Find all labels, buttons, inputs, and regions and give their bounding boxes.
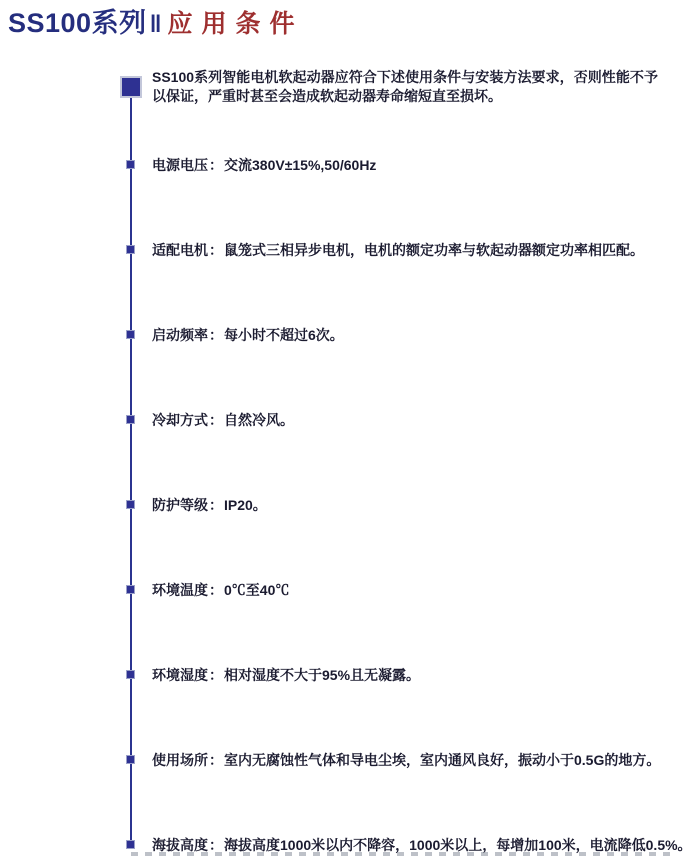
condition-row: 冷却方式：自然冷风。 (152, 410, 294, 430)
page-title: SS100系列 ‖ 应用条件 (8, 1, 304, 40)
condition-value: 室内无腐蚀性气体和导电尘埃，室内通风良好，振动小于0.5G的地方。 (224, 752, 660, 768)
condition-row: 电源电压：交流380V±15%,50/60Hz (152, 155, 376, 175)
condition-row: 使用场所：室内无腐蚀性气体和导电尘埃，室内通风良好，振动小于0.5G的地方。 (152, 750, 660, 770)
condition-colon: ： (208, 752, 224, 768)
condition-label: 使用场所 (152, 752, 208, 768)
square-bullet-icon (126, 840, 135, 849)
condition-colon: ： (208, 497, 224, 513)
title-section: 应用条件 (168, 4, 304, 40)
intro-paragraph: SS100系列智能电机软起动器应符合下述使用条件与安装方法要求，否则性能不予以保… (152, 68, 658, 106)
condition-colon: ： (208, 837, 224, 853)
square-bullet-icon (126, 160, 135, 169)
cutoff-next-line (131, 852, 671, 856)
condition-value: 鼠笼式三相异步电机，电机的额定功率与软起动器额定功率相匹配。 (224, 242, 644, 258)
condition-value: 每小时不超过6次。 (224, 327, 344, 343)
condition-label: 环境温度 (152, 582, 208, 598)
condition-label: 电源电压 (152, 157, 208, 173)
square-bullet-icon (126, 330, 135, 339)
condition-row: 防护等级：IP20。 (152, 495, 267, 515)
condition-value: 自然冷风。 (224, 412, 294, 428)
condition-colon: ： (208, 157, 224, 173)
timeline-line (130, 88, 132, 845)
intro-square-bullet-icon (120, 76, 142, 98)
condition-colon: ： (208, 242, 224, 258)
condition-label: 环境湿度 (152, 667, 208, 683)
condition-label: 启动频率 (152, 327, 208, 343)
condition-colon: ： (208, 412, 224, 428)
square-bullet-icon (126, 415, 135, 424)
condition-label: 海拔高度 (152, 837, 208, 853)
square-bullet-icon (126, 670, 135, 679)
title-separator-icon: ‖ (150, 11, 162, 39)
square-bullet-icon (126, 245, 135, 254)
condition-value: IP20。 (224, 497, 267, 513)
condition-value: 0℃至40℃ (224, 582, 289, 598)
condition-value: 相对湿度不大于95%且无凝露。 (224, 667, 420, 683)
condition-row: 环境湿度：相对湿度不大于95%且无凝露。 (152, 665, 420, 685)
square-bullet-icon (126, 500, 135, 509)
condition-label: 冷却方式 (152, 412, 208, 428)
condition-row: 适配电机：鼠笼式三相异步电机，电机的额定功率与软起动器额定功率相匹配。 (152, 240, 644, 260)
square-bullet-icon (126, 585, 135, 594)
condition-colon: ： (208, 667, 224, 683)
square-bullet-icon (126, 755, 135, 764)
condition-row: 环境温度：0℃至40℃ (152, 580, 289, 600)
condition-row: 启动频率：每小时不超过6次。 (152, 325, 344, 345)
condition-label: 防护等级 (152, 497, 208, 513)
condition-label: 适配电机 (152, 242, 208, 258)
condition-colon: ： (208, 327, 224, 343)
condition-value: 海拔高度1000米以内不降容，1000米以上，每增加100米，电流降低0.5%。 (224, 837, 692, 853)
condition-value: 交流380V±15%,50/60Hz (224, 157, 376, 173)
document-page: { "page": { "title": { "series": "SS100系… (0, 0, 700, 856)
condition-colon: ： (208, 582, 224, 598)
title-series: SS100系列 (8, 1, 147, 40)
